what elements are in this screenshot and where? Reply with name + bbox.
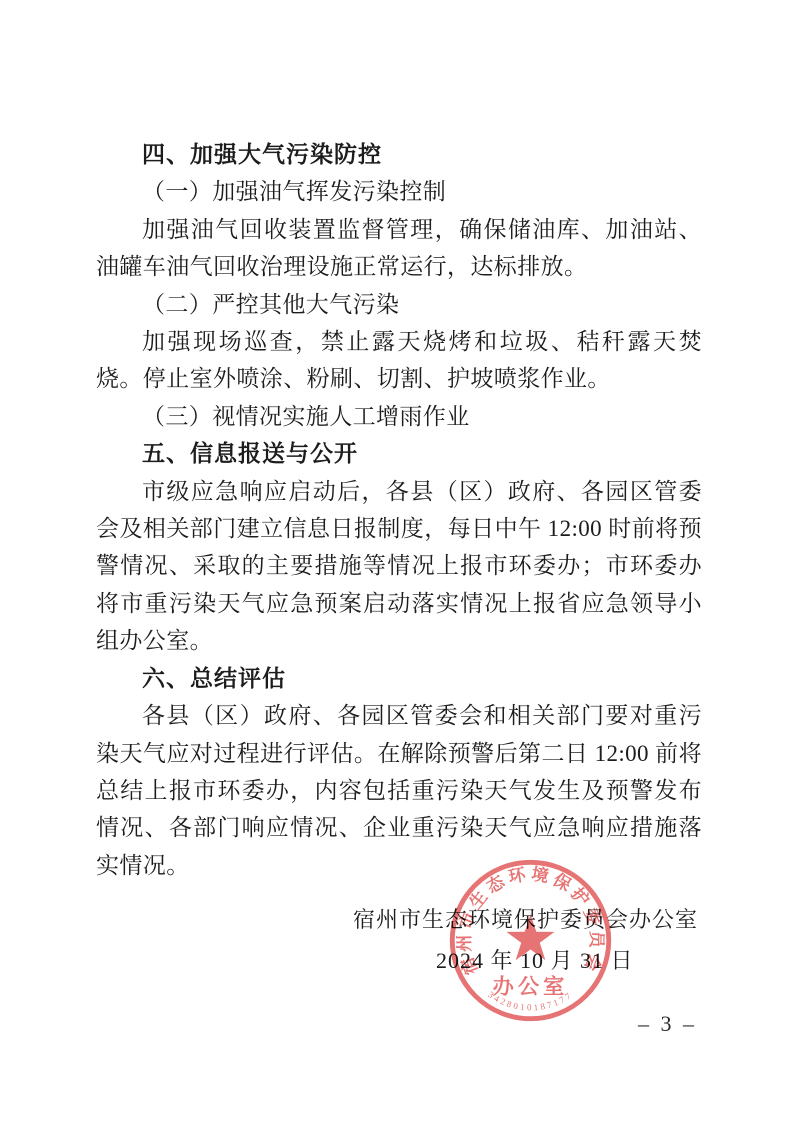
body-paragraph-4-1: 加强油气回收装置监督管理，确保储油库、加油站、油罐车油气回收治理设施正常运行，达… — [96, 211, 702, 286]
body-paragraph-5: 市级应急响应启动后，各县（区）政府、各园区管委会及相关部门建立信息日报制度，每日… — [96, 473, 702, 660]
seal-code-holder: 3428010187177 — [486, 989, 574, 1012]
subsection-heading-4-1: （一）加强油气挥发污染控制 — [96, 173, 702, 210]
page-number: – 3 – — [638, 1011, 697, 1037]
document-body: 四、加强大气污染防控 （一）加强油气挥发污染控制 加强油气回收装置监督管理，确保… — [96, 136, 702, 884]
signature-date: 2024 年 10 月 31 日 — [436, 944, 634, 975]
section-heading-5: 五、信息报送与公开 — [96, 435, 702, 472]
document-page: 四、加强大气污染防控 （一）加强油气挥发污染控制 加强油气回收装置监督管理，确保… — [0, 0, 793, 1122]
subsection-heading-4-3: （三）视情况实施人工增雨作业 — [96, 398, 702, 435]
signature-office: 宿州市生态环境保护委员会办公室 — [353, 903, 698, 934]
body-paragraph-4-2: 加强现场巡查，禁止露天烧烤和垃圾、秸秆露天焚烧。停止室外喷涂、粉刷、切割、护坡喷… — [96, 323, 702, 398]
section-heading-6: 六、总结评估 — [96, 660, 702, 697]
seal-ring — [452, 862, 608, 1018]
seal-bottom-text: 办公室 — [493, 973, 569, 998]
section-heading-4: 四、加强大气污染防控 — [96, 136, 702, 173]
seal-code: 3428010187177 — [486, 989, 574, 1012]
body-paragraph-6: 各县（区）政府、各园区管委会和相关部门要对重污染天气应对过程进行评估。在解除预警… — [96, 697, 702, 884]
subsection-heading-4-2: （二）严控其他大气污染 — [96, 286, 702, 323]
